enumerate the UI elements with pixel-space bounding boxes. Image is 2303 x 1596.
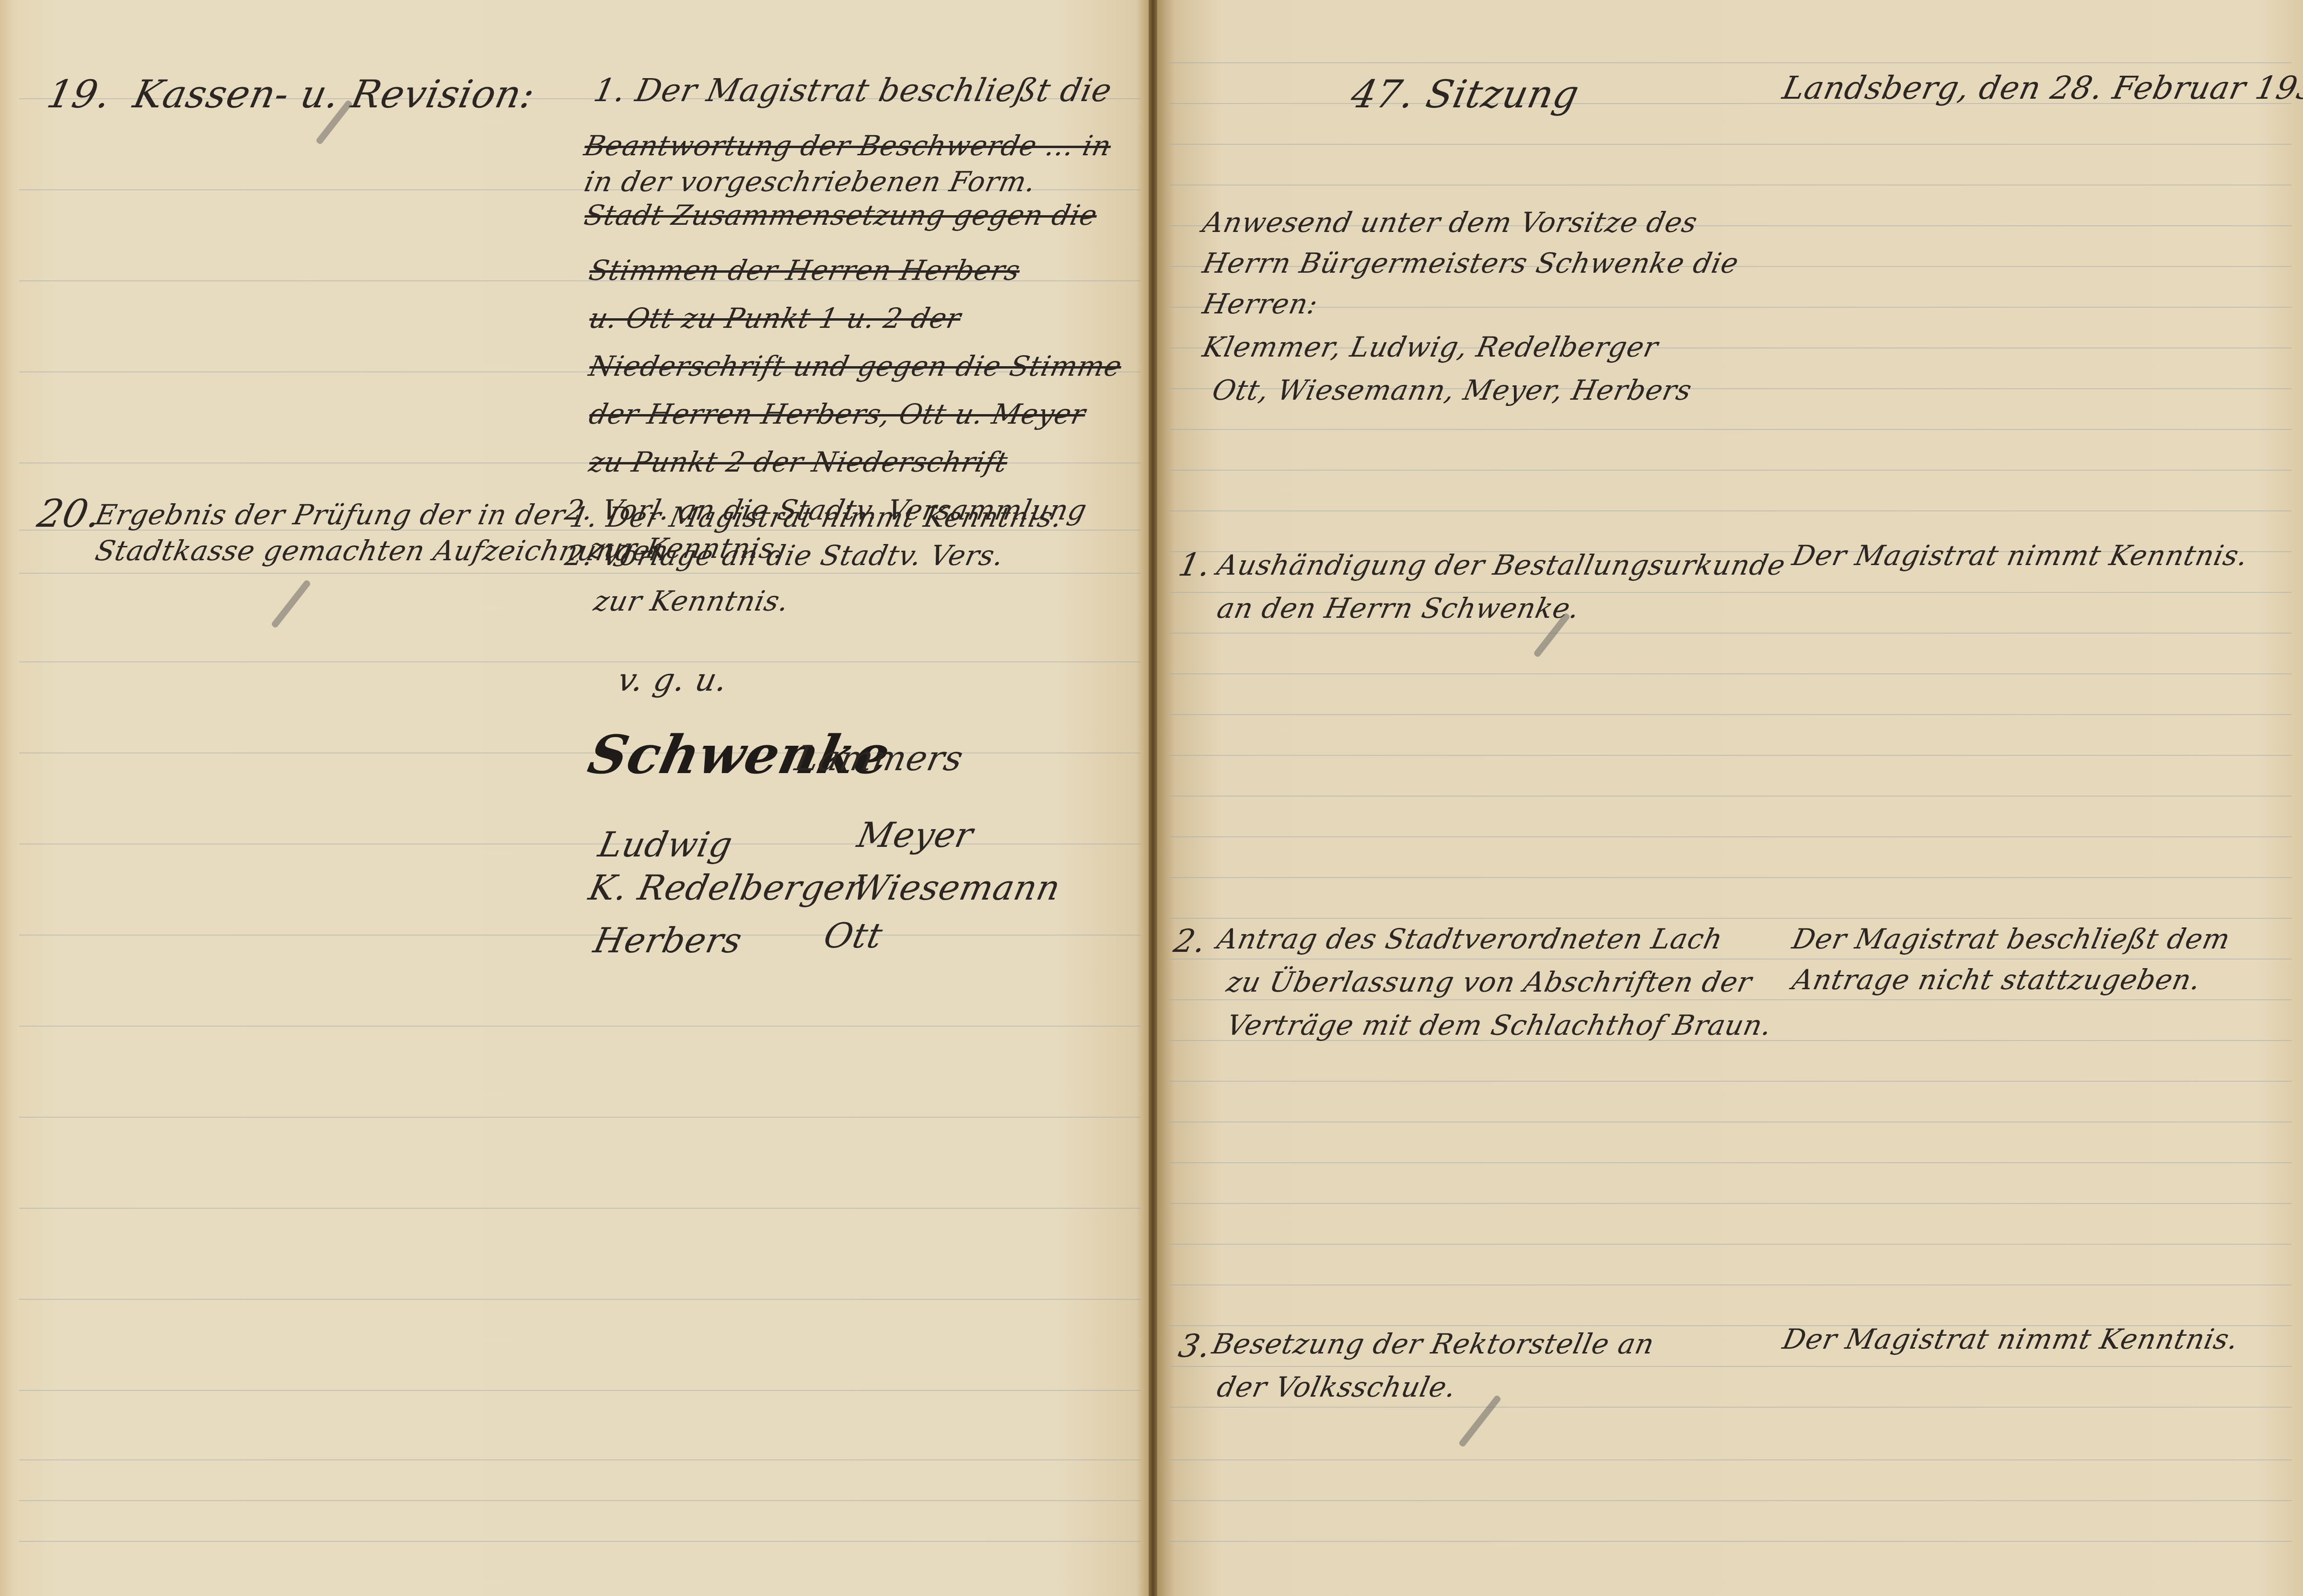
attendance-line: Klemmer, Ludwig, Redelberger xyxy=(1200,331,1662,363)
signature: Wiesemann xyxy=(849,867,1064,908)
item-resolution-line: Der Magistrat nimmt Kenntnis. xyxy=(1790,539,2251,572)
item-subject-line: an den Herrn Schwenke. xyxy=(1214,592,1583,625)
item-subject: Kassen- u. Revision: xyxy=(129,72,539,116)
left-page xyxy=(0,0,1151,1596)
session-number: 47. Sitzung xyxy=(1347,72,1583,116)
resolution-line: 2. Vorlage an die Stadtv. Vers. xyxy=(562,539,1007,572)
item-subject-line: Aushändigung der Bestallungsurkunde xyxy=(1214,549,1789,581)
item-subject-line: Besetzung der Rektorstelle an xyxy=(1210,1328,1658,1360)
resolution-line: 1. Der Magistrat nimmt Kenntnis. xyxy=(567,501,1066,533)
resolution-line: zur Kenntnis. xyxy=(591,585,792,617)
resolution-line-struck: Niederschrift und gegen die Stimme xyxy=(586,350,1125,382)
signature: Lammers xyxy=(791,738,967,778)
signature: Ott xyxy=(820,915,886,956)
signature: Meyer xyxy=(854,815,977,855)
item-subject-line: Verträge mit dem Schlachthof Braun. xyxy=(1224,1009,1775,1041)
resolution-line-struck: Beantwortung der Beschwerde ... in xyxy=(582,129,1115,162)
item-resolution-line: Antrage nicht stattzugeben. xyxy=(1790,963,2204,996)
resolution-line-struck: Stadt Zusammensetzung gegen die xyxy=(582,199,1101,231)
resolution-line: 1. Der Magistrat beschließt die xyxy=(591,72,1116,109)
resolution-line-struck: Stimmen der Herren Herbers xyxy=(586,254,1024,287)
resolution-line: in der vorgeschriebenen Form. xyxy=(582,165,1039,198)
attendance-line: Herren: xyxy=(1200,288,1321,320)
signature-header: v. g. u. xyxy=(615,661,731,698)
signature: Herbers xyxy=(590,920,746,960)
item-resolution-line: Der Magistrat beschließt dem xyxy=(1790,923,2233,955)
resolution-line-struck: u. Ott zu Punkt 1 u. 2 der xyxy=(586,302,964,335)
book-gutter xyxy=(1149,0,1157,1596)
resolution-line-struck: der Herren Herbers, Ott u. Meyer xyxy=(586,398,1089,430)
item-subject-line: Antrag des Stadtverordneten Lach xyxy=(1214,923,1726,955)
item-number: 19. xyxy=(43,72,115,116)
signature: K. Redelberger xyxy=(585,867,866,908)
place-date: Landsberg, den 28. Februar 1930. xyxy=(1780,69,2303,106)
attendance-line: Ott, Wiesemann, Meyer, Herbers xyxy=(1210,374,1695,406)
item-subject-line: der Volksschule. xyxy=(1214,1371,1459,1403)
item-subject-line: Ergebnis der Prüfung der in der xyxy=(93,498,569,531)
signature: Ludwig xyxy=(595,824,736,865)
item-resolution-line: Der Magistrat nimmt Kenntnis. xyxy=(1780,1323,2242,1355)
item-subject-line: zu Überlassung von Abschriften der xyxy=(1224,966,1755,998)
attendance-line: Anwesend unter dem Vorsitze des xyxy=(1200,206,1700,239)
resolution-line-struck: zu Punkt 2 der Niederschrift xyxy=(586,446,1011,478)
attendance-line: Herrn Bürgermeisters Schwenke die xyxy=(1200,247,1742,279)
